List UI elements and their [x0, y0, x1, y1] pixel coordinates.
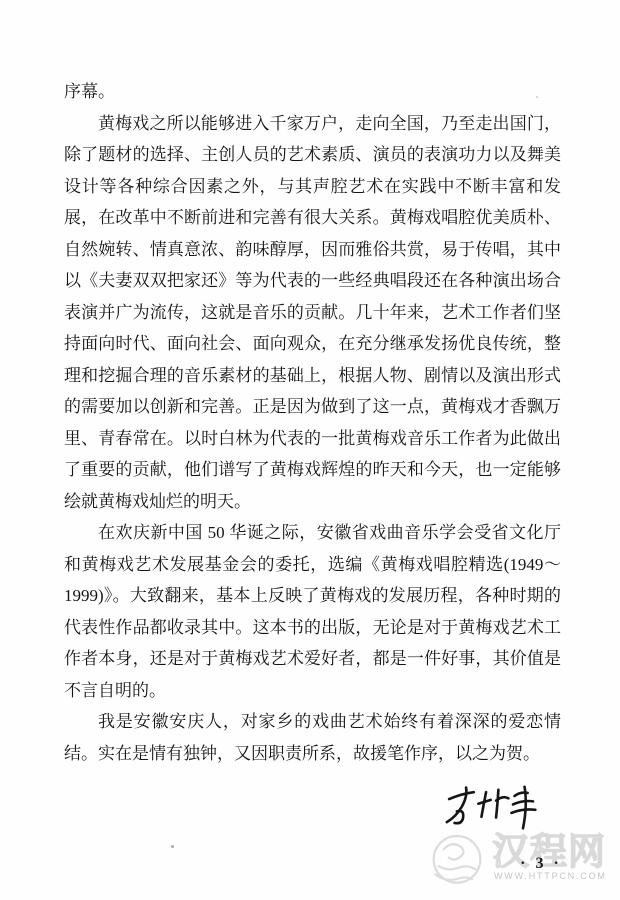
watermark-logo-icon	[422, 831, 492, 891]
paragraph-book-compilation: 在欢庆新中国 50 华诞之际，安徽省戏曲音乐学会受省文化厅和黄梅戏艺术发展基金会…	[64, 517, 561, 706]
swirl-wave-logo-icon	[422, 831, 492, 891]
preface-text-block: 序幕。 黄梅戏之所以能够进入千家万户，走向全国，乃至走出国门，除了题材的选择、主…	[64, 76, 561, 769]
scan-speckle	[95, 252, 97, 254]
scan-speckle	[171, 845, 174, 848]
scanned-book-page: 序幕。 黄梅戏之所以能够进入千家万户，走向全国，乃至走出国门，除了题材的选择、主…	[0, 0, 620, 900]
paragraph-author-note: 我是安徽安庆人，对家乡的戏曲艺术始终有着深深的爱恋情结。实在是情有独钟，又因职责…	[64, 706, 561, 769]
scan-speckle	[536, 96, 538, 98]
handwritten-signature	[443, 778, 543, 834]
paragraph-continuation: 序幕。	[64, 76, 561, 108]
paragraph-huangmei-opera: 黄梅戏之所以能够进入千家万户，走向全国，乃至走出国门，除了题材的选择、主创人员的…	[64, 108, 561, 518]
page-number: · 3 ·	[519, 855, 563, 873]
signature-strokes-icon	[443, 778, 543, 834]
